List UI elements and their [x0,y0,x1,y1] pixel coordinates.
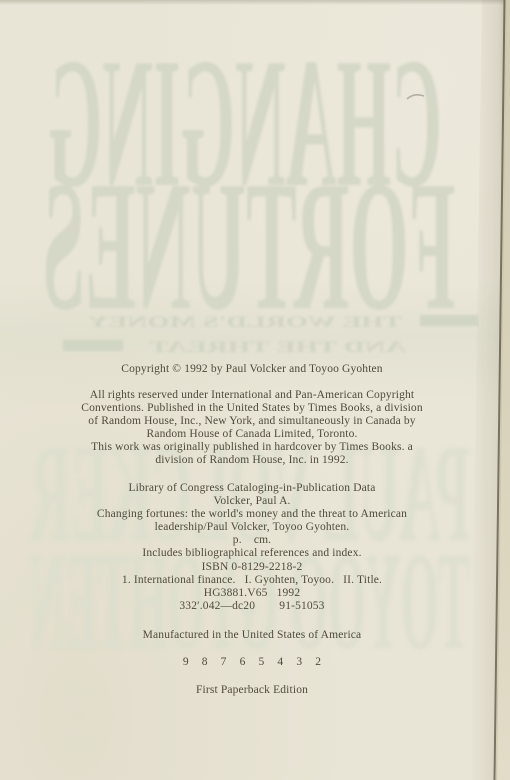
pencil-mark [407,95,424,99]
book-page: CHANGING FORTUNES THE WORLD'S MONEY AND … [0,0,510,780]
page-edge [0,0,510,780]
